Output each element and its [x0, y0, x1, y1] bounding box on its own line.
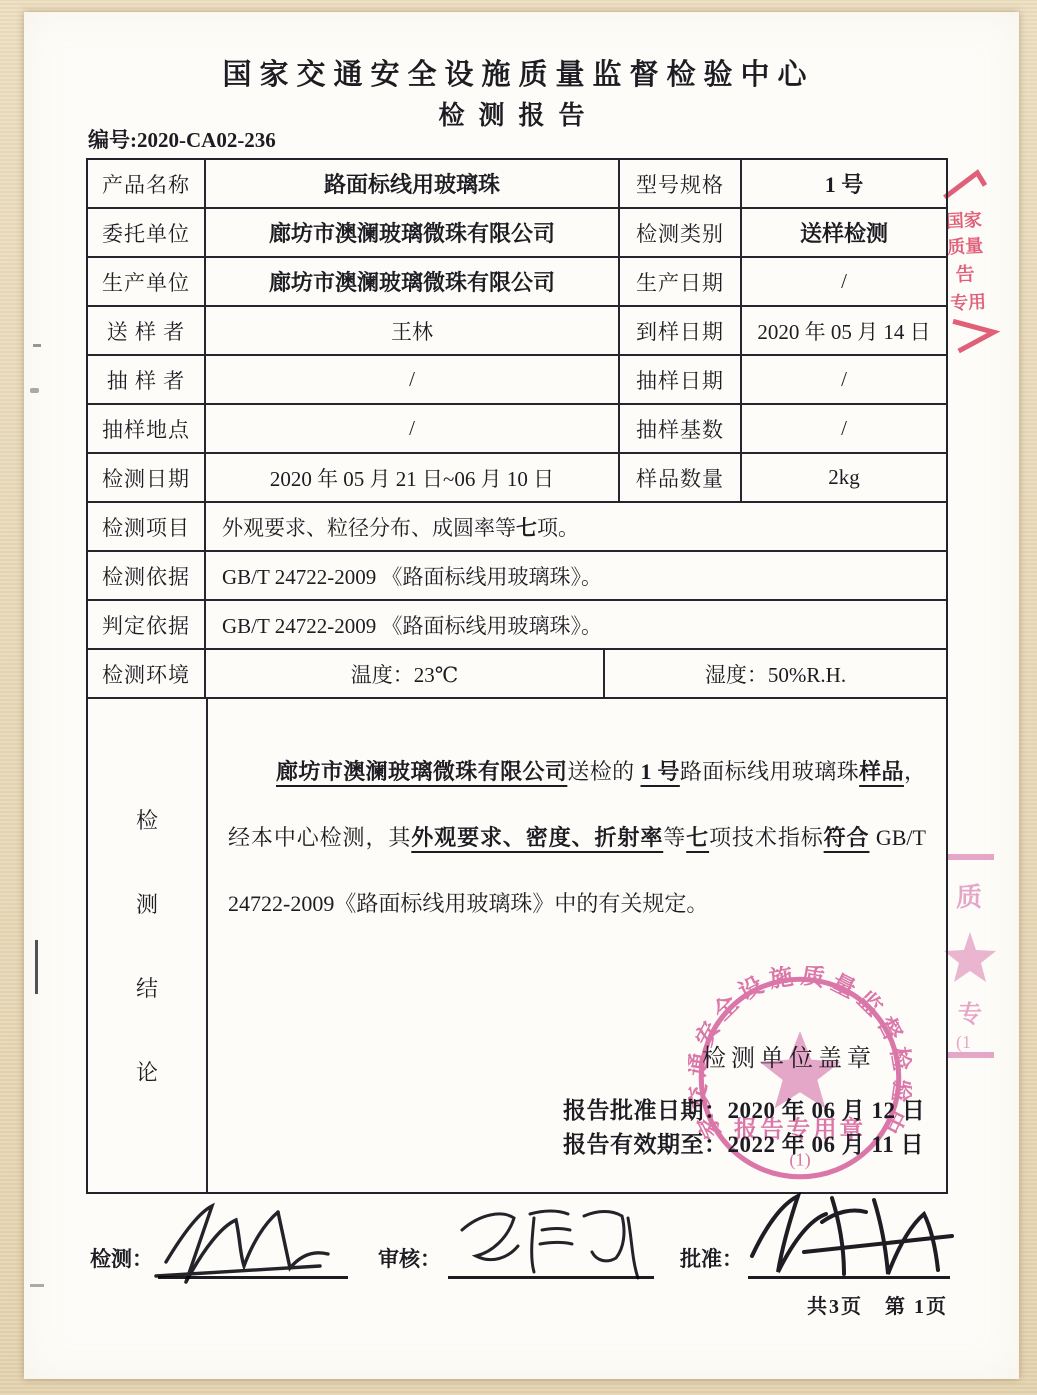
chevron-up-icon — [943, 172, 985, 197]
edge-stamp-text: 告 — [955, 262, 975, 286]
edge-stamp-text: 质 — [956, 882, 982, 912]
conclusion-label-char: 结 — [136, 972, 158, 1003]
table-row: 送 样 者 王林 到样日期 2020 年 05 月 14 日 — [88, 307, 946, 356]
report-number: 编号:2020-CA02-236 — [88, 124, 276, 154]
validity-date-line: 报告有效期至：2022 年 06 月 11 日 — [563, 1126, 924, 1159]
page-indicator: 共3页 第 1页 — [700, 1290, 948, 1319]
value-cell: 廊坊市澳澜玻璃微珠有限公司 — [206, 209, 620, 256]
value-cell: 温度：23℃ — [206, 650, 605, 697]
edge-stamp-text: (1 — [956, 1032, 971, 1053]
value-cell: 路面标线用玻璃珠 — [206, 160, 620, 207]
label-cell: 抽样日期 — [620, 356, 742, 403]
label-cell: 检测环境 — [88, 650, 206, 697]
org-title: 国家交通安全设施质量监督检验中心 — [0, 52, 1037, 93]
label-cell: 送 样 者 — [88, 307, 206, 354]
table-row: 委托单位 廊坊市澳澜玻璃微珠有限公司 检测类别 送样检测 — [88, 209, 946, 258]
value-cell: / — [742, 405, 946, 452]
label-cell: 检测依据 — [88, 552, 206, 599]
signature-label-test: 检测： — [90, 1243, 153, 1273]
scanned-report-page: 国家交通安全设施质量监督检验中心 检测报告 编号:2020-CA02-236 国… — [0, 0, 1037, 1395]
scan-artifact — [30, 1284, 44, 1287]
table-row: 检测依据 GB/T 24722-2009 《路面标线用玻璃珠》。 — [88, 552, 946, 601]
edge-stamp-middle: 质 专 (1 — [944, 850, 1008, 1062]
edge-stamp-top: 国家 质量 告 专用 — [937, 166, 1015, 357]
label-cell: 抽 样 者 — [88, 356, 206, 403]
value-cell: 2020 年 05 月 14 日 — [742, 307, 946, 354]
label-cell: 产品名称 — [88, 160, 206, 207]
table-row: 产品名称 路面标线用玻璃珠 型号规格 1 号 — [88, 160, 946, 209]
label-cell: 型号规格 — [620, 160, 742, 207]
table-row: 检测环境 温度：23℃ 湿度：50%R.H. — [88, 650, 946, 699]
value-cell: GB/T 24722-2009 《路面标线用玻璃珠》。 — [206, 601, 946, 648]
unit-stamp-caption: 检测单位盖章 — [702, 1038, 876, 1073]
label-cell: 到样日期 — [620, 307, 742, 354]
value-cell: / — [742, 356, 946, 403]
label-cell: 抽样地点 — [88, 405, 206, 452]
label-cell: 检测类别 — [620, 209, 742, 256]
conclusion-label: 检 测 结 论 — [88, 699, 208, 1192]
label-cell: 生产日期 — [620, 258, 742, 305]
value-cell: 王林 — [206, 307, 620, 354]
table-row: 抽 样 者 / 抽样日期 / — [88, 356, 946, 405]
scan-artifact — [33, 344, 41, 347]
value-cell: / — [206, 356, 620, 403]
table-row: 判定依据 GB/T 24722-2009 《路面标线用玻璃珠》。 — [88, 601, 946, 650]
signature-label-approve: 批准： — [680, 1243, 743, 1273]
conclusion-label-char: 测 — [136, 888, 158, 919]
signature-label-review: 审核： — [378, 1243, 441, 1273]
conclusion-label-char: 检 — [136, 804, 158, 835]
scan-artifact — [30, 388, 39, 393]
table-row: 检测项目 外观要求、粒径分布、成圆率等七项。 — [88, 503, 946, 552]
label-cell: 样品数量 — [620, 454, 742, 501]
value-cell: / — [742, 258, 946, 305]
edge-stamp-text: 质量 — [947, 235, 984, 258]
edge-stamp-text: 专用 — [950, 291, 987, 314]
table-row: 检测日期 2020 年 05 月 21 日~06 月 10 日 样品数量 2kg — [88, 454, 946, 503]
label-cell: 检测日期 — [88, 454, 206, 501]
table-row: 抽样地点 / 抽样基数 / — [88, 405, 946, 454]
label-cell: 检测项目 — [88, 503, 206, 550]
value-cell: GB/T 24722-2009 《路面标线用玻璃珠》。 — [206, 552, 946, 599]
signature-review — [450, 1200, 650, 1288]
label-cell: 生产单位 — [88, 258, 206, 305]
star-icon — [944, 932, 996, 982]
conclusion-label-char: 论 — [136, 1056, 158, 1087]
value-cell: 湿度：50%R.H. — [605, 650, 946, 697]
label-cell: 抽样基数 — [620, 405, 742, 452]
label-cell: 判定依据 — [88, 601, 206, 648]
value-cell: 外观要求、粒径分布、成圆率等七项。 — [206, 503, 946, 550]
approval-date-line: 报告批准日期：2020 年 06 月 12 日 — [563, 1092, 925, 1125]
signature-approve — [738, 1186, 960, 1288]
signature-test — [152, 1196, 357, 1291]
stamp-bar — [948, 854, 994, 860]
table-row: 生产单位 廊坊市澳澜玻璃微珠有限公司 生产日期 / — [88, 258, 946, 307]
conclusion-paragraph: 廊坊市澳澜玻璃微珠有限公司送检的 1 号路面标线用玻璃珠样品，经本中心检测，其外… — [228, 739, 926, 937]
value-cell: 1 号 — [742, 160, 946, 207]
value-cell: 廊坊市澳澜玻璃微珠有限公司 — [206, 258, 620, 305]
value-cell: 送样检测 — [742, 209, 946, 256]
chevron-right-icon — [953, 319, 995, 351]
value-cell: 2020 年 05 月 21 日~06 月 10 日 — [206, 454, 620, 501]
label-cell: 委托单位 — [88, 209, 206, 256]
edge-stamp-text: 专 — [958, 1000, 982, 1028]
value-cell: 2kg — [742, 454, 946, 501]
value-cell: / — [206, 405, 620, 452]
scan-artifact — [35, 940, 38, 994]
stamp-bar — [948, 1052, 994, 1058]
edge-stamp-text: 国家 — [945, 209, 982, 232]
